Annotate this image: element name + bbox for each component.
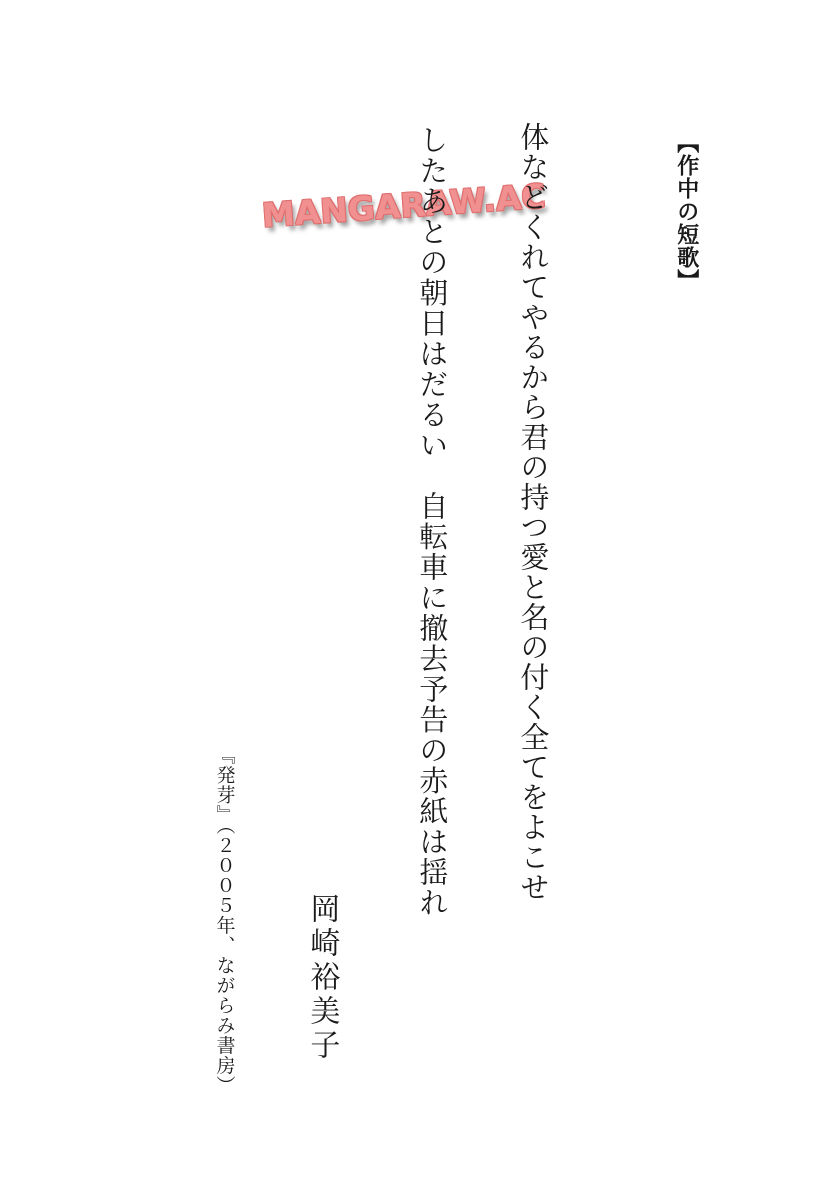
section-header: 【作中の短歌】 <box>674 131 698 292</box>
site-watermark: MANGARAW.AC <box>261 176 547 235</box>
manga-tanka-page: MANGARAW.AC 【作中の短歌】 体などくれてやるから君の持つ愛と名の付く… <box>0 0 836 1188</box>
source-citation: 『発芽』（２００５年、ながらみ書房） <box>214 745 235 1096</box>
author-name: 岡崎裕美子 <box>305 893 337 1063</box>
tanka-line-1: 体などくれてやるから君の持つ愛と名の付く全てをよこせ <box>517 122 548 902</box>
tanka-line-2: したあとの朝日はだるい 自転車に撤去予告の赤紙は揺れ <box>416 125 447 918</box>
